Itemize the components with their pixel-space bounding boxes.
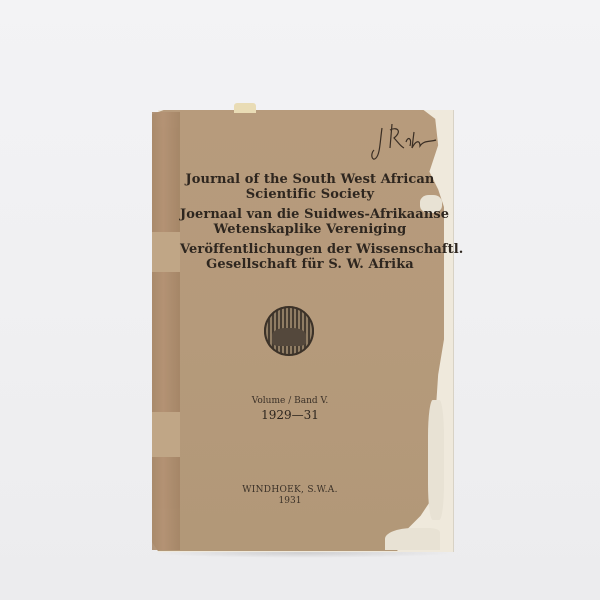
title-line: Wetenskaplike Vereniging: [180, 222, 440, 237]
volume-years: 1929—31: [230, 408, 350, 422]
title-line: Journal of the South West African: [180, 172, 440, 187]
tape-remnant: [234, 103, 256, 113]
title-line: Gesellschaft für S. W. Afrika: [180, 257, 440, 272]
cover-tear: [428, 400, 444, 520]
title-line: Joernaal van die Suidwes-Afrikaanse: [180, 207, 440, 222]
title-german: Veröffentlichungen der Wissenschaftl. Ge…: [180, 242, 440, 272]
title-afrikaans: Joernaal van die Suidwes-Afrikaanse Wete…: [180, 207, 440, 237]
title-line: Scientific Society: [180, 187, 440, 202]
tape-gap: [152, 232, 180, 272]
title-line: Veröffentlichungen der Wissenschaftl.: [180, 242, 440, 257]
society-emblem: [264, 306, 314, 356]
publication-year: 1931: [220, 496, 360, 506]
title-english: Journal of the South West African Scient…: [180, 172, 440, 202]
spine-tape: [152, 112, 180, 550]
cover-title-block: Journal of the South West African Scient…: [180, 172, 440, 277]
cover-tear: [385, 528, 440, 550]
volume-label: Volume / Band V.: [230, 396, 350, 406]
signature: [368, 118, 438, 166]
publication-place: WINDHOEK, S.W.A.: [220, 485, 360, 495]
tape-gap: [152, 412, 180, 457]
